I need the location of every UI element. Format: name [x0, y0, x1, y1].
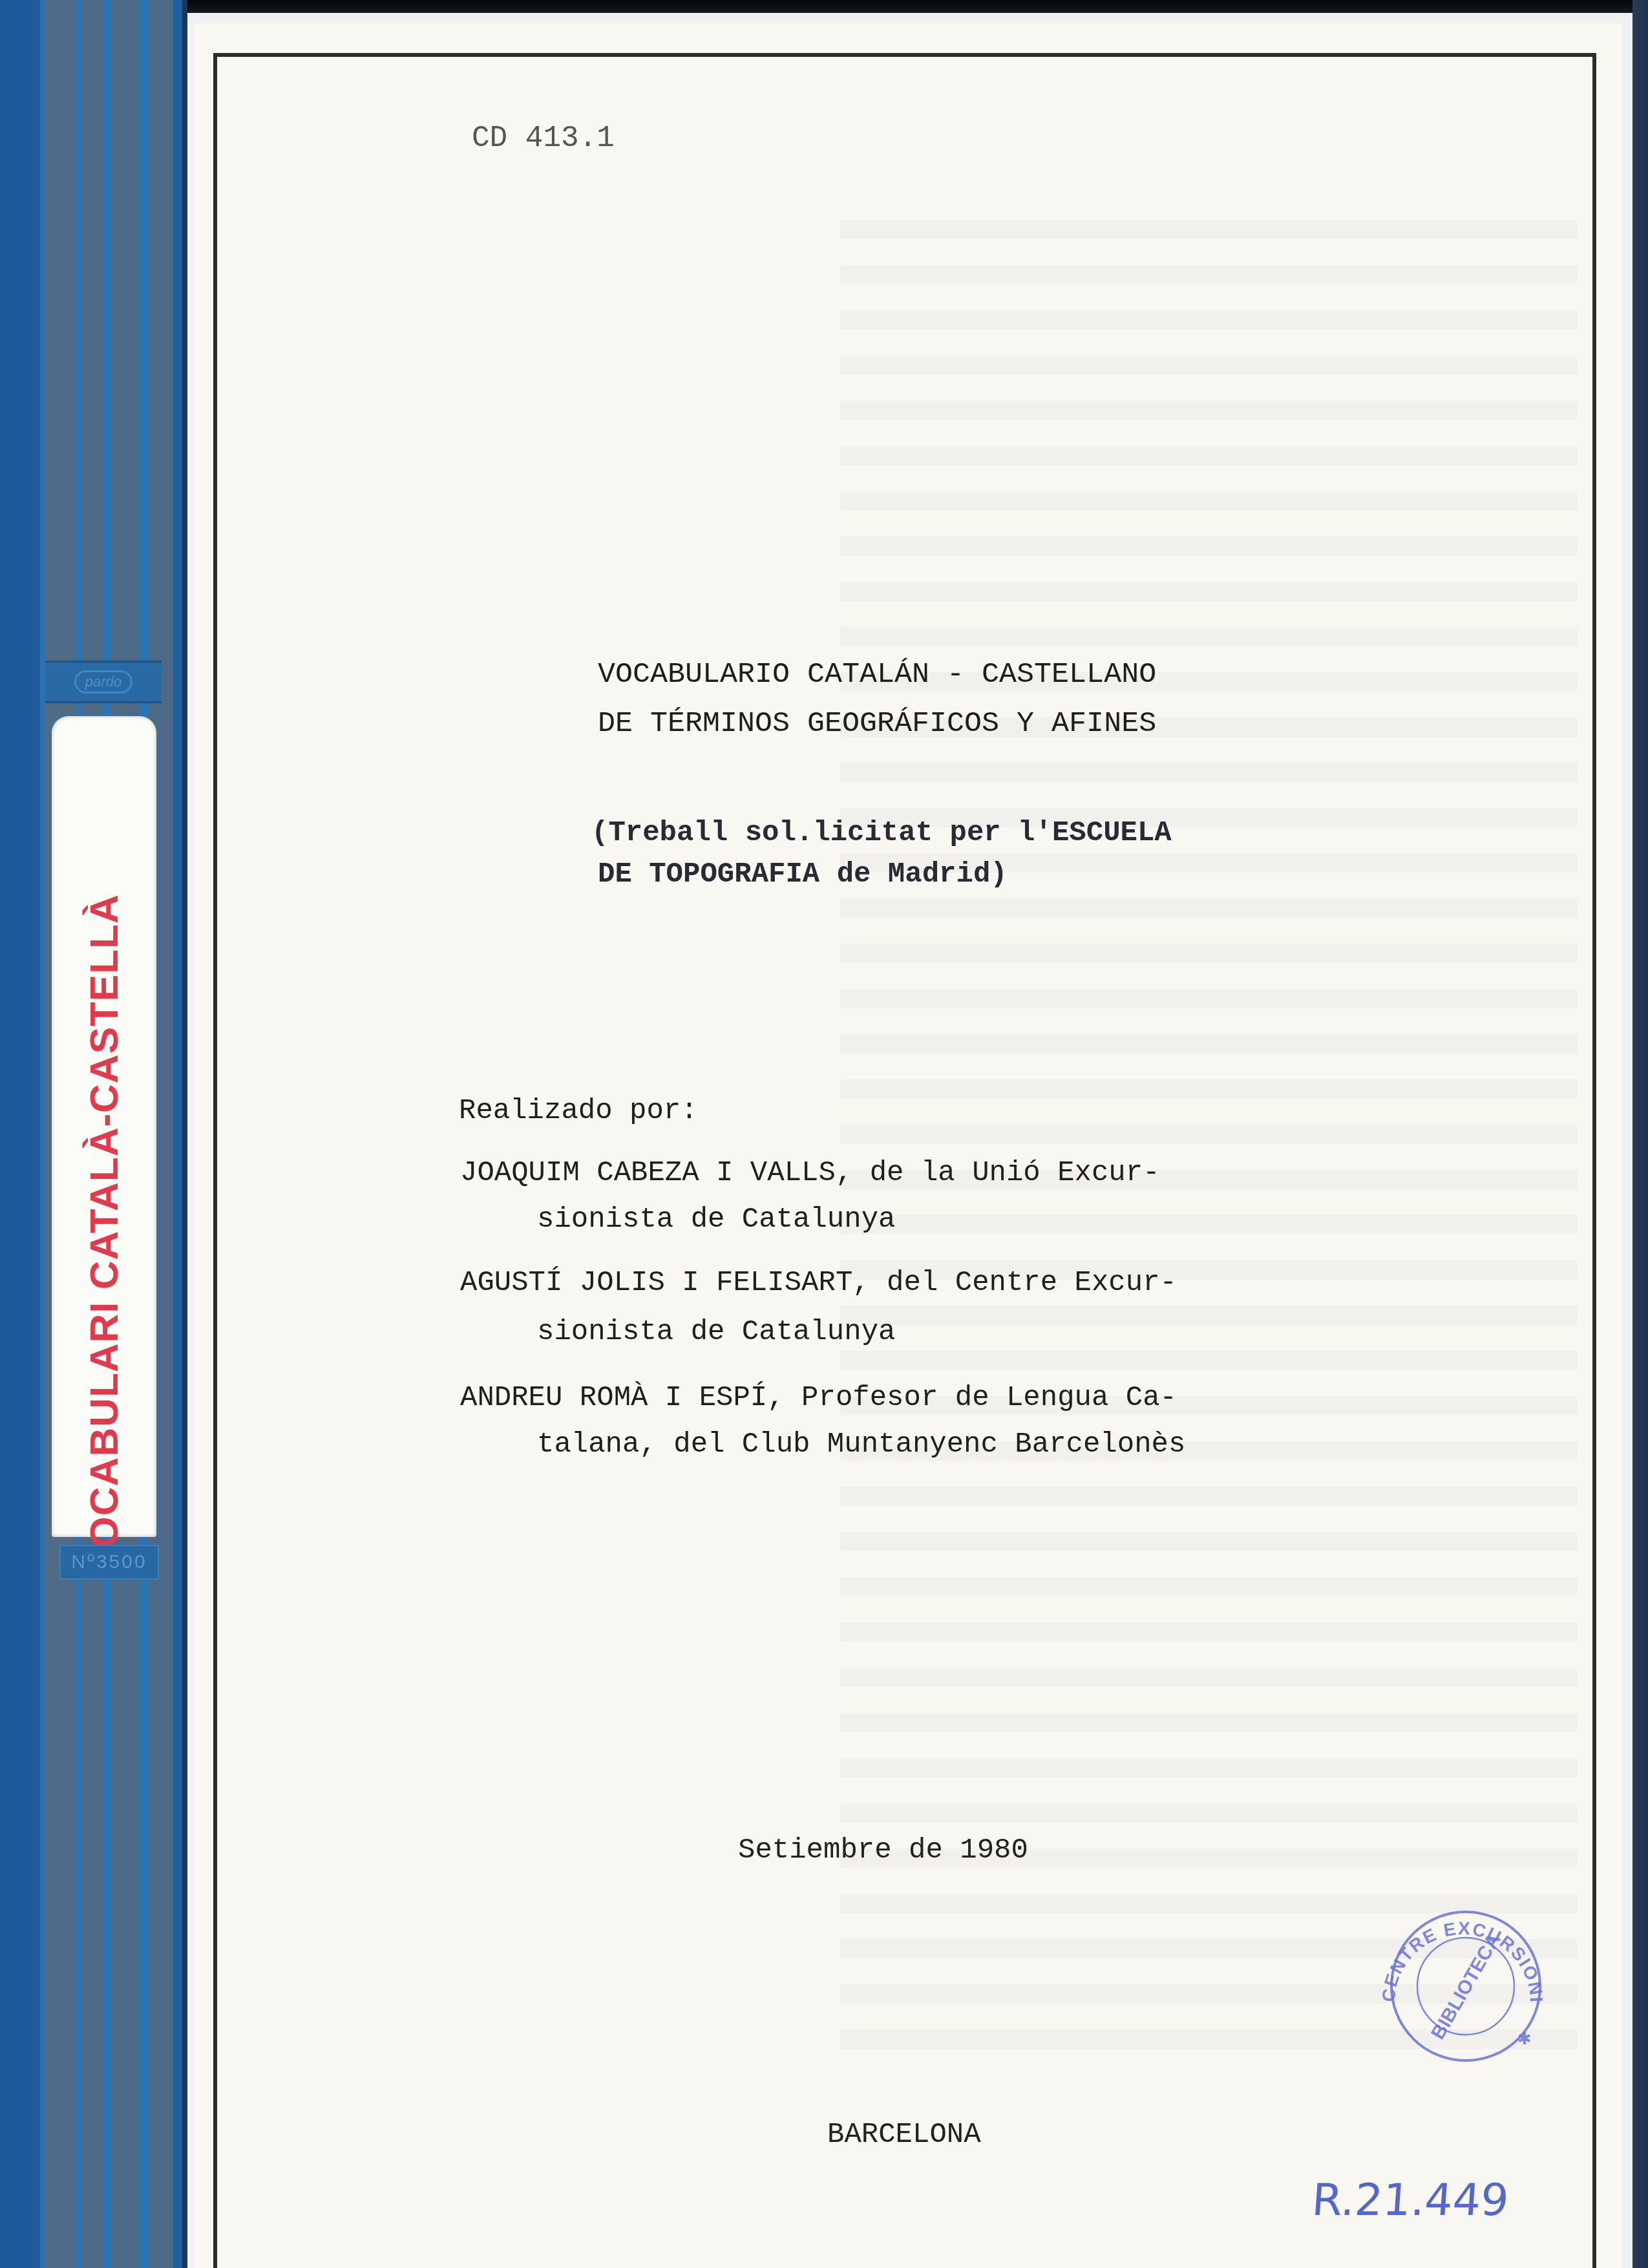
author-3-line-1: ANDREU ROMÀ I ESPÍ, Profesor de Lengua C… [460, 1382, 1177, 1414]
title-line-2: DE TÉRMINOS GEOGRÁFICOS Y AFINES [598, 707, 1156, 740]
publication-city: BARCELONA [827, 2119, 981, 2151]
title-line-1: VOCABULARIO CATALÁN - CASTELLANO [598, 658, 1156, 691]
library-stamp: CENTRE EXCURSIONISTA DE CATALUNYA BIBLIO… [1369, 1905, 1556, 2067]
stamp-star-icon: ✱ [1517, 2030, 1532, 2048]
handwritten-registry-number: R.21.449 [1310, 2175, 1510, 2226]
author-3-line-2: talana, del Club Muntanyenc Barcelonès [537, 1428, 1185, 1461]
binder-back-cover [1632, 0, 1648, 2268]
author-1-line-2: sionista de Catalunya [537, 1203, 896, 1236]
subtitle-line-2: DE TOPOGRAFIA de Madrid) [598, 858, 1008, 891]
brand-name: pardo [74, 670, 132, 694]
author-2-line-2: sionista de Catalunya [537, 1316, 896, 1348]
reference-code: CD 413.1 [472, 122, 615, 155]
subtitle-line-1: (Treball sol.licitat per l'ESCUELA [591, 817, 1172, 849]
publication-date: Setiembre de 1980 [738, 1834, 1028, 1867]
binder-model-number: Nº3500 [59, 1545, 159, 1580]
author-1-line-1: JOAQUIM CABEZA I VALLS, de la Unió Excur… [460, 1157, 1160, 1189]
binder-brand-logo: pardo [45, 661, 162, 703]
author-2-line-1: AGUSTÍ JOLIS I FELISART, del Centre Excu… [460, 1267, 1177, 1299]
spine-label-text: VOCABULARI CATALÀ-CASTELLÀ [81, 894, 127, 1574]
credits-heading: Realizado por: [459, 1095, 698, 1127]
